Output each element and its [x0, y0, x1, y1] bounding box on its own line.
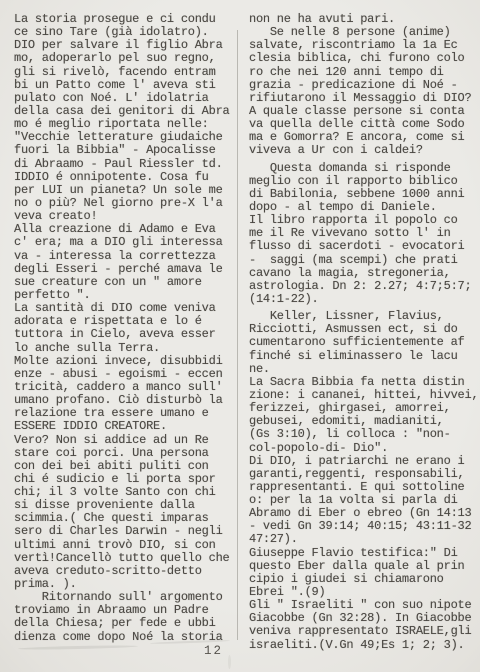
text-line: pulato con Noé. L' idolatria [14, 92, 238, 105]
text-line: lo anche sulla Terra. [14, 342, 238, 355]
text-line: vertì!Cancellò tutto quello che [14, 552, 238, 565]
text-line: grazia - predicazione di Noé - [249, 79, 477, 92]
text-line: IDDIO é onnipotente. Cosa fu [14, 171, 238, 184]
text-line: flusso di sacerdoti - evocatori [249, 240, 477, 253]
text-line: stare coi porci. Una persona [14, 447, 238, 460]
text-line: va - interessa la correttezza [14, 250, 238, 263]
text-line: israeliti.(V.Gn 49;Es 1; 2; 3). [249, 639, 477, 652]
text-line: fuori la Bibbia" - Apocalisse [14, 144, 238, 157]
text-line: di Babilonia, sebbene 1000 anni [249, 188, 477, 201]
text-line: astrologia. Dn 2: 2.27; 4:7;5:7; [249, 280, 477, 293]
page-number: 12 [204, 644, 223, 658]
text-line: col-popolo-di- Dio". [249, 442, 477, 455]
text-line: rifiutarono il Messaggio di DIO? [249, 92, 477, 105]
text-line: cavano la magia, stregoneria, [249, 267, 477, 280]
text-line: enze - abusi - egoismi - eccen [14, 368, 238, 381]
text-line: gli si rivelò, facendo entram [14, 66, 238, 79]
text-line: Molte azioni invece, disubbidi [14, 355, 238, 368]
text-line: (14:1-22). [249, 293, 477, 306]
text-line: clesia biblica, chi furono colo [249, 52, 477, 65]
text-line: 47:27). [249, 533, 477, 546]
text-line: mo, adoperarlo pel suo regno, [14, 52, 238, 65]
text-line: degli Esseri - perché amava le [14, 263, 238, 276]
text-line: - saggi (ma scempi) che prati [249, 254, 477, 267]
text-line: per LUI un pianeta? Un sole me [14, 184, 238, 197]
text-line: ESSERE IDDIO CREATORE. [14, 420, 238, 433]
text-line: questo Eber dalla quale al prin [249, 560, 477, 573]
text-line: ro che nei 120 anni tempo di [249, 66, 477, 79]
text-line: meglio con il rapporto biblico [249, 175, 477, 188]
text-line: finché si eliminassero le lacu [249, 350, 477, 363]
text-line: viveva a Ur con i caldei? [249, 144, 477, 157]
text-line: c' era; ma a DIO gli interessa [14, 236, 238, 249]
text-line: della Chiesa; per fede e ubbi [14, 617, 238, 630]
text-line: Questa domanda si risponde [249, 162, 477, 175]
text-line: veniva rappresentato ISRAELE,gli [249, 625, 477, 638]
text-line: di Abraamo - Paul Riessler td. [14, 158, 238, 171]
text-line: ultimi anni trovò DIO, si con [14, 539, 238, 552]
right-text-column: non ne ha avuti pari. Se nelle 8 persone… [249, 13, 477, 652]
text-line: garanti,reggenti, responsabili, [249, 468, 477, 481]
left-text-column: La storia prosegue e ci conduce sino Tar… [14, 13, 238, 644]
text-line: Giuseppe Flavio testifica:" Di [249, 547, 477, 560]
text-line: (Gs 3:10), li colloca : "non- [249, 428, 477, 441]
text-line: con dei bei abiti puliti con [14, 460, 238, 473]
text-line: tuttora in Cielo, aveva esser [14, 328, 238, 341]
text-line: ne. [249, 363, 477, 376]
text-line: Vero? Non si addice ad un Re [14, 434, 238, 447]
scan-smudge [228, 655, 231, 669]
text-line: La Sacra Bibbia fa netta distin [249, 376, 477, 389]
text-line: sero di Charles Darwin - negli [14, 525, 238, 538]
text-line: bi un Patto come l' aveva sti [14, 79, 238, 92]
text-line: sue creature con un " amore [14, 276, 238, 289]
column-divider-rule [237, 30, 238, 640]
text-line: Di DIO, i patriarchi ne erano i [249, 455, 477, 468]
text-line: cumentarono sufficientemente af [249, 336, 477, 349]
